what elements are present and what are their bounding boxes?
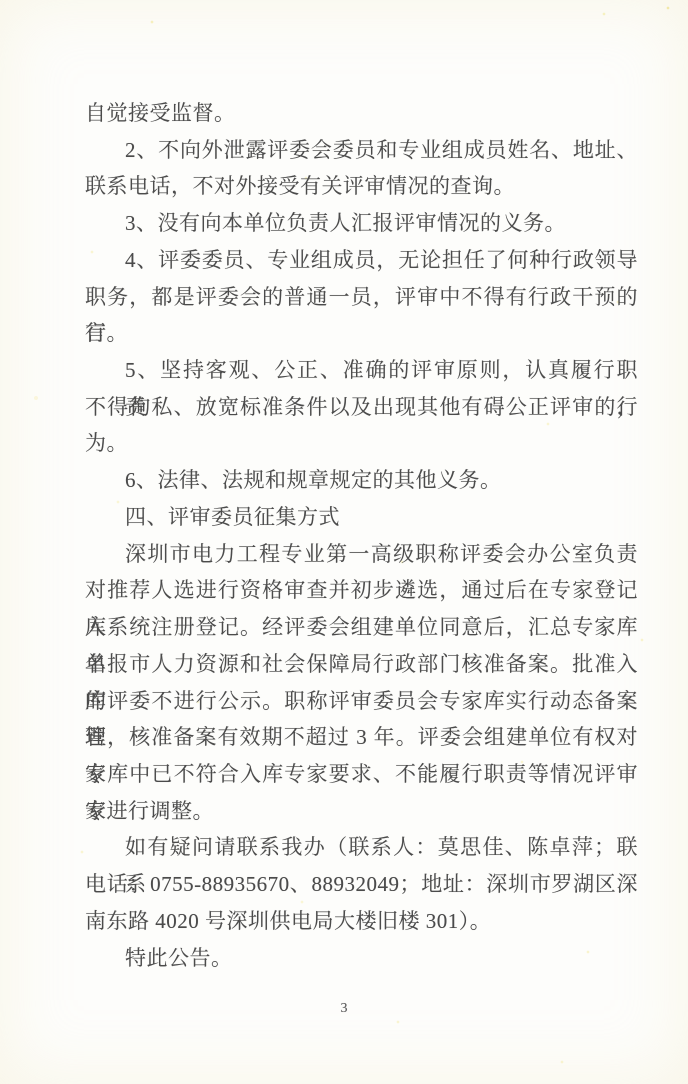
page-number: 3 [0,1000,688,1018]
text-line: 家进行调整。 [85,793,638,830]
text-line: 自觉接受监督。 [85,95,638,132]
document-page: 自觉接受监督。2、不向外泄露评委会委员和专业组成员姓名、地址、联系电话，不对外接… [0,0,688,1084]
text-line: 3、没有向本单位负责人汇报评审情况的义务。 [85,205,638,242]
text-line: 电话：0755-88935670、88932049；地址：深圳市罗湖区深 [85,866,638,903]
text-line: 库系统注册登记。经评委会组建单位同意后，汇总专家库名 [85,609,638,646]
text-line: 5、坚持客观、公正、准确的评审原则，认真履行职责， [85,352,638,389]
text-line: 行。 [85,315,638,352]
text-line: 职务，都是评委会的普通一员，评审中不得有行政干预的言 [85,279,638,316]
text-line: 对推荐人选进行资格审查并初步遴选，通过后在专家登记入 [85,572,638,609]
text-line: 单报市人力资源和社会保障局行政部门核准备案。批准入库 [85,646,638,683]
text-line: 4、评委委员、专业组成员，无论担任了何种行政领导 [85,242,638,279]
text-line: 不得徇私、放宽标准条件以及出现其他有碍公正评审的行 [85,389,638,426]
text-line: 6、法律、法规和规章规定的其他义务。 [85,462,638,499]
document-body: 自觉接受监督。2、不向外泄露评委会委员和专业组成员姓名、地址、联系电话，不对外接… [85,95,638,976]
text-line: 南东路 4020 号深圳供电局大楼旧楼 301）。 [85,903,638,940]
text-line: 2、不向外泄露评委会委员和专业组成员姓名、地址、 [85,132,638,169]
text-line: 如有疑问请联系我办（联系人：莫思佳、陈卓萍；联系 [85,829,638,866]
text-line: 的评委不进行公示。职称评审委员会专家库实行动态备案管 [85,683,638,720]
text-line: 联系电话，不对外接受有关评审情况的查询。 [85,168,638,205]
text-line: 特此公告。 [85,940,638,977]
text-line: 深圳市电力工程专业第一高级职称评委会办公室负责 [85,536,638,573]
text-line: 四、评审委员征集方式 [85,499,638,536]
text-line: 理，核准备案有效期不超过 3 年。评委会组建单位有权对专 [85,719,638,756]
text-line: 家库中已不符合入库专家要求、不能履行职责等情况评审专 [85,756,638,793]
text-line: 为。 [85,425,638,462]
